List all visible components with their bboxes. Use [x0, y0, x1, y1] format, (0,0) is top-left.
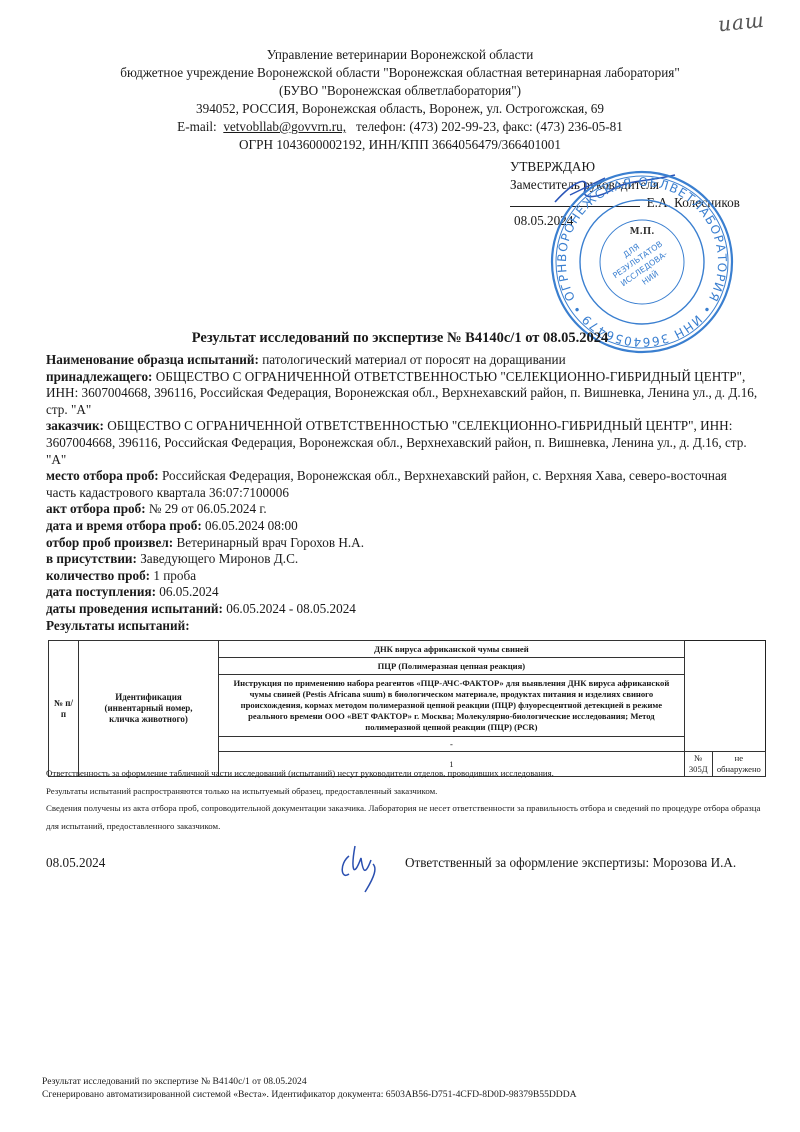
email-label: E-mail:: [177, 119, 217, 134]
signature-date: 08.05.2024: [46, 855, 105, 871]
field-customer: заказчик: ОБЩЕСТВО С ОГРАНИЧЕННОЙ ОТВЕТС…: [46, 418, 760, 468]
field-sampling-act: акт отбора проб: № 29 от 06.05.2024 г.: [46, 501, 760, 518]
disclaimer-notes: Ответственность за оформление табличной …: [46, 765, 766, 835]
field-label: дата и время отбора проб:: [46, 518, 202, 533]
field-sampling-datetime: дата и время отбора проб: 06.05.2024 08:…: [46, 518, 760, 535]
phone-fax: телефон: (473) 202-99-23, факс: (473) 23…: [356, 119, 623, 134]
field-owner: принадлежащего: ОБЩЕСТВО С ОГРАНИЧЕННОЙ …: [46, 369, 760, 419]
document-footer: Результат исследований по экспертизе № В…: [42, 1076, 577, 1101]
sample-details: Наименование образца испытаний: патологи…: [46, 352, 760, 634]
field-sample-count: количество проб: 1 проба: [46, 568, 760, 585]
field-label: дата поступления:: [46, 584, 156, 599]
field-received-date: дата поступления: 06.05.2024: [46, 584, 760, 601]
table-header-row: № п/п Идентификация (инвентарный номер, …: [49, 641, 766, 658]
method-full-header: Инструкция по применению набора реагенто…: [219, 675, 685, 737]
field-label: отбор проб произвел:: [46, 535, 173, 550]
field-value: 06.05.2024: [159, 584, 218, 599]
responsible-signature-icon: [335, 838, 395, 893]
header-ogrn: ОГРН 1043600002192, ИНН/КПП 3664056479/3…: [0, 136, 800, 154]
col-id-header: Идентификация (инвентарный номер, кличка…: [79, 641, 219, 777]
responsible-person: Ответственный за оформление экспертизы: …: [405, 855, 736, 871]
method-short-header: ПЦР (Полимеразная цепная реакция): [219, 658, 685, 675]
field-sample-name: Наименование образца испытаний: патологи…: [46, 352, 760, 369]
field-label: даты проведения испытаний:: [46, 601, 223, 616]
field-label: место отбора проб:: [46, 468, 159, 483]
header-address: 394052, РОССИЯ, Воронежская область, Вор…: [0, 100, 800, 118]
field-test-dates: даты проведения испытаний: 06.05.2024 - …: [46, 601, 760, 618]
note: Результаты испытаний распространяются то…: [46, 783, 766, 801]
field-value: 06.05.2024 - 08.05.2024: [226, 601, 356, 616]
field-value: ОБЩЕСТВО С ОГРАНИЧЕННОЙ ОТВЕТСТВЕННОСТЬЮ…: [46, 418, 747, 466]
email-link[interactable]: vetvobllab@govvrn.ru,: [223, 119, 346, 134]
field-value: 1 проба: [153, 568, 196, 583]
field-label: в присутствии:: [46, 551, 137, 566]
stamp-mp: М.П.: [630, 227, 655, 237]
col-num-header: № п/п: [49, 641, 79, 777]
field-value: патологический материал от поросят на до…: [262, 352, 565, 367]
field-in-presence: в присутствии: Заведующего Миронов Д.С.: [46, 551, 760, 568]
header-line-3: (БУВО "Воронежская облветлаборатория"): [0, 82, 800, 100]
stamp-icon: ВОРОНЕЖСКАЯ ОБЛВЕТЛАБОРАТОРИЯ • ИНН 3664…: [548, 168, 736, 356]
handwritten-note: иаш: [717, 8, 766, 37]
field-value: Ветеринарный врач Горохов Н.А.: [176, 535, 364, 550]
norm-cell: -: [219, 737, 685, 752]
field-label: принадлежащего:: [46, 369, 152, 384]
field-value: ОБЩЕСТВО С ОГРАНИЧЕННОЙ ОТВЕТСТВЕННОСТЬЮ…: [46, 369, 757, 417]
field-sampled-by: отбор проб произвел: Ветеринарный врач Г…: [46, 535, 760, 552]
field-label: Наименование образца испытаний:: [46, 352, 259, 367]
footer-generated: Сгенерировано автоматизированной системо…: [42, 1089, 577, 1102]
field-label: количество проб:: [46, 568, 150, 583]
field-value: № 29 от 06.05.2024 г.: [149, 501, 267, 516]
field-label: акт отбора проб:: [46, 501, 146, 516]
field-sampling-place: место отбора проб: Российская Федерация,…: [46, 468, 760, 501]
field-value: 06.05.2024 08:00: [205, 518, 298, 533]
header-line-1: Управление ветеринарии Воронежской облас…: [0, 46, 800, 64]
document-title: Результат исследований по экспертизе № В…: [0, 330, 800, 347]
field-results-heading: Результаты испытаний:: [46, 618, 760, 635]
header-line-2: бюджетное учреждение Воронежской области…: [0, 64, 800, 82]
results-table: № п/п Идентификация (инвентарный номер, …: [48, 640, 766, 777]
indicator-header: ДНК вируса африканской чумы свиней: [219, 641, 685, 658]
field-value: Заведующего Миронов Д.С.: [140, 551, 298, 566]
note: Ответственность за оформление табличной …: [46, 765, 766, 783]
header-contacts: E-mail: vetvobllab@govvrn.ru, телефон: (…: [0, 118, 800, 136]
field-label: Результаты испытаний:: [46, 618, 190, 633]
footer-reference: Результат исследований по экспертизе № В…: [42, 1076, 577, 1089]
note: Сведения получены из акта отбора проб, с…: [46, 800, 766, 835]
field-label: заказчик:: [46, 418, 104, 433]
